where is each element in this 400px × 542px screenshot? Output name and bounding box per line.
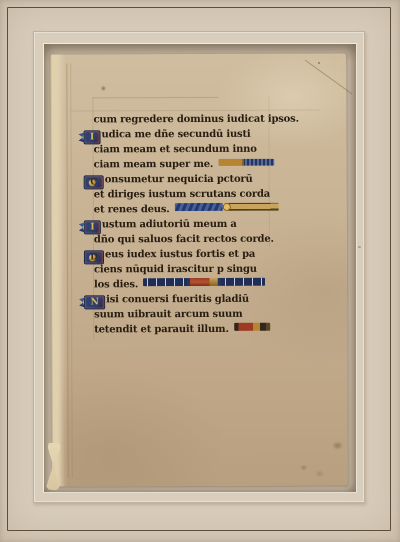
line-filler xyxy=(175,203,279,211)
ruling-line xyxy=(92,97,218,98)
manuscript-text-line: Iustum adiutoriū meum a xyxy=(94,217,276,233)
line-filler xyxy=(218,159,274,166)
manuscript-text-line: et renes deus. xyxy=(94,202,276,218)
manuscript-text-line: tetendit et parauit illum. xyxy=(94,322,276,338)
illuminated-initial: C xyxy=(85,176,103,188)
manuscript-text-line: ciam meam super me. xyxy=(94,157,276,173)
gutter-edge xyxy=(50,54,64,486)
illuminated-initial: I xyxy=(85,221,100,233)
line-text: suum uibrauit arcum suum xyxy=(94,309,242,321)
illuminated-initial: D xyxy=(85,251,103,263)
line-text: ustum adiutoriū meum a xyxy=(102,219,237,230)
manuscript-text-line: ciam meam et secundum inno xyxy=(94,142,276,158)
manuscript-text-line: et diriges iustum scrutans corda xyxy=(94,187,276,203)
manuscript-text-block: cum regredere dominus iudicat ipsos. Iud… xyxy=(93,112,276,338)
line-text: ciens nūquid irascitur p singu xyxy=(94,264,257,276)
line-text: ciam meam super me. xyxy=(94,159,214,170)
parchment-stain xyxy=(318,62,320,64)
illuminated-initial: N xyxy=(85,296,104,308)
manuscript-text-line: Iudica me dñe secundū iusti xyxy=(94,127,276,143)
parchment-crease xyxy=(305,60,353,95)
fold-line xyxy=(70,63,72,478)
manuscript-text-line: ciens nūquid irascitur p singu xyxy=(94,262,276,278)
line-filler xyxy=(234,323,270,331)
line-text: tetendit et parauit illum. xyxy=(94,324,229,335)
manuscript-text-line: los dies. xyxy=(94,277,276,293)
fold-line xyxy=(66,63,68,478)
line-text: et renes deus. xyxy=(94,204,170,215)
manuscript-text-line: suum uibrauit arcum suum xyxy=(94,307,276,323)
manuscript-text-line: dño qui saluos facit rectos corde. xyxy=(94,232,276,248)
manuscript-text-line: Consumetur nequicia pctorū xyxy=(94,172,276,188)
line-filler xyxy=(143,278,265,286)
parchment-stain xyxy=(358,246,361,248)
line-text: dño qui saluos facit rectos corde. xyxy=(94,234,274,246)
manuscript-text-line: cum regredere dominus iudicat ipsos. xyxy=(93,112,275,128)
line-text: et diriges iustum scrutans corda xyxy=(94,189,270,201)
line-text: isi conuersi fueritis gladiū xyxy=(106,294,249,305)
manuscript-text-line: Nisi conuersi fueritis gladiū xyxy=(94,292,276,308)
manuscript-text-line: Deus iudex iustus fortis et pa xyxy=(94,247,276,263)
framed-manuscript-photo: cum regredere dominus iudicat ipsos. Iud… xyxy=(0,0,400,542)
line-text: los dies. xyxy=(94,279,138,290)
line-text: udica me dñe secundū iusti xyxy=(102,129,251,141)
manuscript-leaf: cum regredere dominus iudicat ipsos. Iud… xyxy=(50,53,348,486)
line-text: onsumetur nequicia pctorū xyxy=(105,174,253,186)
illuminated-initial: I xyxy=(85,131,100,143)
line-text: eus iudex iustus fortis et pa xyxy=(105,249,255,261)
line-text: ciam meam et secundum inno xyxy=(94,144,257,156)
line-text: cum regredere dominus iudicat ipsos. xyxy=(93,114,298,126)
